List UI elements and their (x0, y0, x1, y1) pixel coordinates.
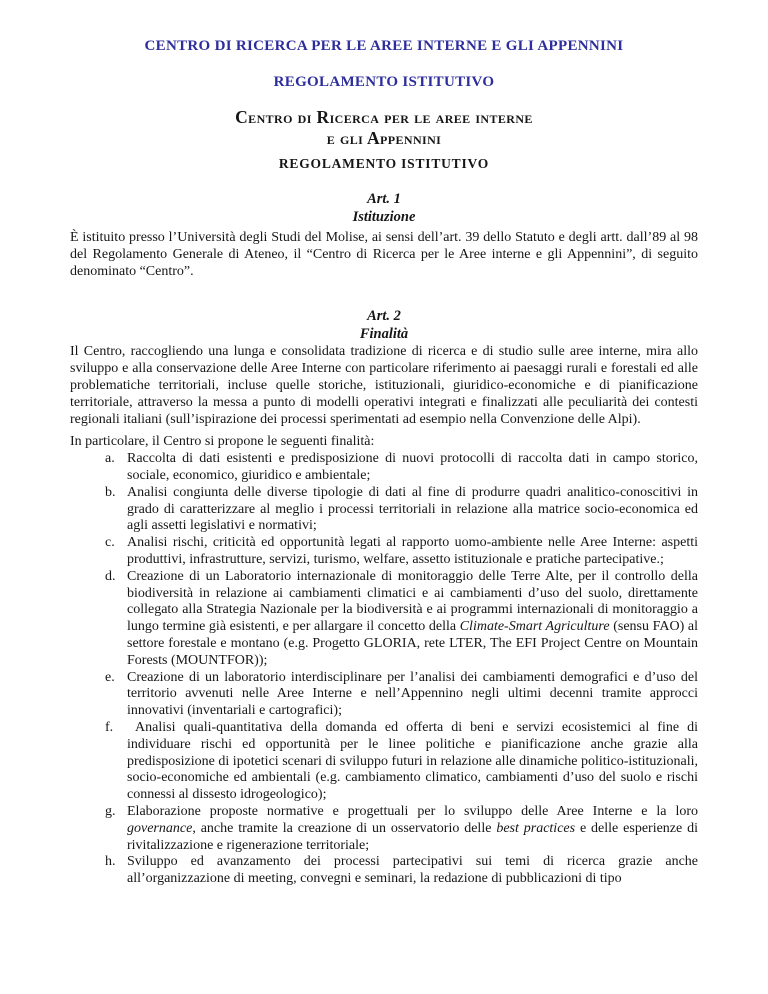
list-item-marker: c. (105, 535, 127, 569)
list-item-text: Analisi congiunta delle diverse tipologi… (127, 485, 698, 535)
document-header-line2: REGOLAMENTO ISTITUTIVO (70, 73, 698, 92)
article-2-number: Art. 2 (70, 308, 698, 326)
list-item-text: Raccolta di dati esistenti e predisposiz… (127, 451, 698, 485)
document-subtitle: REGOLAMENTO ISTITUTIVO (70, 155, 698, 172)
list-item-text: Elaborazione proposte normative e proget… (127, 804, 698, 854)
list-item-text: Creazione di un laboratorio interdiscipl… (127, 670, 698, 720)
article-2-name: Finalità (70, 326, 698, 344)
document-page: CENTRO DI RICERCA PER LE AREE INTERNE E … (0, 0, 768, 994)
document-header-line1: CENTRO DI RICERCA PER LE AREE INTERNE E … (70, 37, 698, 56)
list-item-marker: e. (105, 670, 127, 720)
list-item-marker: h. (105, 854, 127, 888)
list-item: g.Elaborazione proposte normative e prog… (70, 804, 698, 854)
document-title: Centro di Ricerca per le aree interne e … (70, 107, 698, 149)
list-item: b.Analisi congiunta delle diverse tipolo… (70, 485, 698, 535)
list-item-marker: f. (105, 720, 127, 804)
document-title-line1: Centro di Ricerca per le aree interne (70, 107, 698, 128)
list-item-marker: a. (105, 451, 127, 485)
list-item: h.Sviluppo ed avanzamento dei processi p… (70, 854, 698, 888)
list-item-marker: g. (105, 804, 127, 854)
article-1-name: Istituzione (70, 209, 698, 227)
list-item-marker: b. (105, 485, 127, 535)
article-2-intro: Il Centro, raccogliendo una lunga e cons… (70, 344, 698, 428)
article-1-number: Art. 1 (70, 191, 698, 209)
list-item-text: Creazione di un Laboratorio internaziona… (127, 569, 698, 670)
article-1-body: È istituito presso l’Università degli St… (70, 230, 698, 280)
list-item: e.Creazione di un laboratorio interdisci… (70, 670, 698, 720)
finalita-list: a.Raccolta di dati esistenti e predispos… (70, 451, 698, 888)
list-item: c.Analisi rischi, criticità ed opportuni… (70, 535, 698, 569)
list-item-text: Sviluppo ed avanzamento dei processi par… (127, 854, 698, 888)
list-item: f. Analisi quali-quantitativa della doma… (70, 720, 698, 804)
finalita-list-lead: In particolare, il Centro si propone le … (70, 434, 698, 451)
list-item-text: Analisi quali-quantitativa della domanda… (127, 720, 698, 804)
list-item: d.Creazione di un Laboratorio internazio… (70, 569, 698, 670)
list-item-text: Analisi rischi, criticità ed opportunità… (127, 535, 698, 569)
list-item-marker: d. (105, 569, 127, 670)
document-title-line2: e gli Appennini (70, 128, 698, 149)
list-item: a.Raccolta di dati esistenti e predispos… (70, 451, 698, 485)
